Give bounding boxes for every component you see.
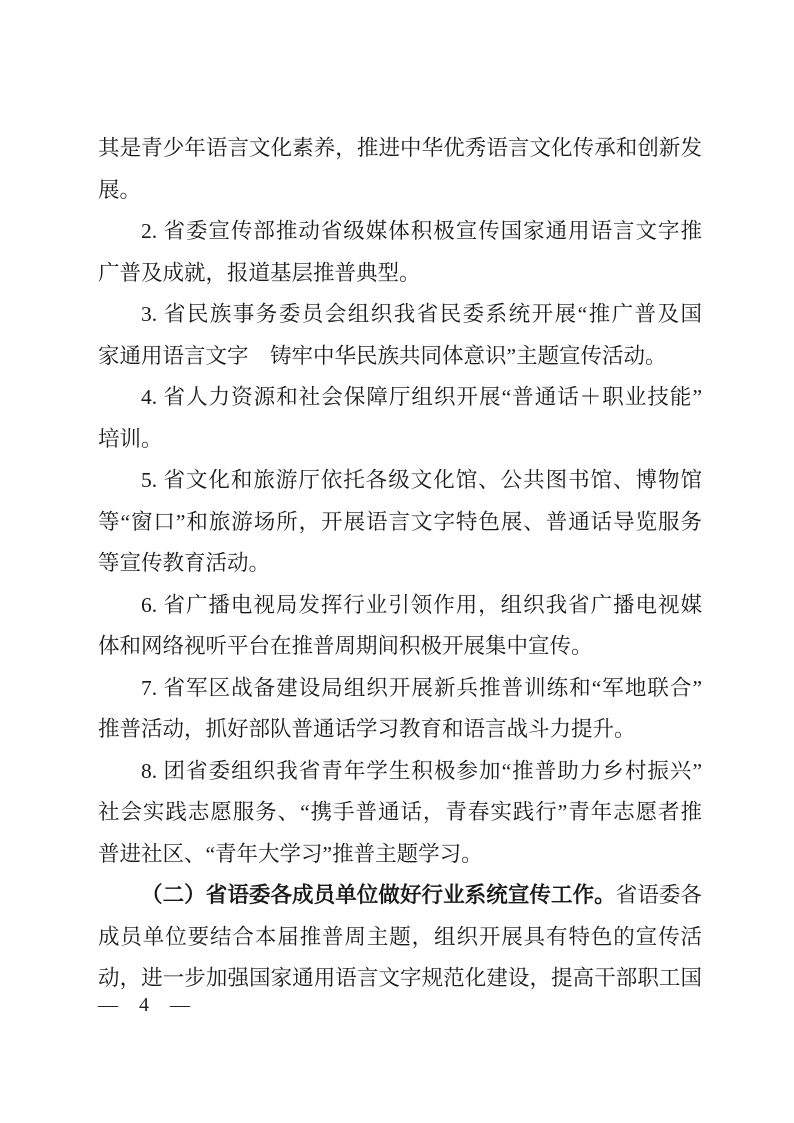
text-segment: 2. 省委宣传部推动省级媒体积极宣传国家通用语言文字推 — [141, 219, 702, 243]
page-number: — 4 — — [98, 992, 192, 1018]
text-line: 培训。 — [98, 419, 702, 461]
text-segment: 培训。 — [98, 427, 163, 451]
text-line: 2. 省委宣传部推动省级媒体积极宣传国家通用语言文字推 — [98, 211, 702, 253]
text-segment: 普进社区、“青年大学习”推普主题学习。 — [98, 842, 483, 866]
text-segment: 7. 省军区战备建设局组织开展新兵推普训练和“军地联合” — [141, 676, 702, 700]
text-line: 等“窗口”和旅游场所，开展语言文字特色展、普通话导览服务 — [98, 502, 702, 544]
text-segment: 4. 省人力资源和社会保障厅组织开展“普通话＋职业技能” — [141, 385, 702, 409]
text-segment: 5. 省文化和旅游厅依托各级文化馆、公共图书馆、博物馆 — [141, 468, 702, 492]
text-line: 家通用语言文字 铸牢中华民族共同体意识”主题宣传活动。 — [98, 336, 702, 378]
text-line: 成员单位要结合本届推普周主题，组织开展具有特色的宣传活 — [98, 917, 702, 959]
text-line: 8. 团省委组织我省青年学生积极参加“推普助力乡村振兴” — [98, 751, 702, 793]
text-line: 社会实践志愿服务、“携手普通话，青春实践行”青年志愿者推 — [98, 792, 702, 834]
text-line: 展。 — [98, 170, 702, 212]
text-segment: 其是青少年语言文化素养，推进中华优秀语言文化传承和创新发 — [98, 136, 702, 160]
text-line: 6. 省广播电视局发挥行业引领作用，组织我省广播电视媒 — [98, 585, 702, 627]
text-line: 推普活动，抓好部队普通话学习教育和语言战斗力提升。 — [98, 709, 702, 751]
text-segment: 动，进一步加强国家通用语言文字规范化建设，提高干部职工国 — [98, 966, 702, 990]
text-line: 等宣传教育活动。 — [98, 543, 702, 585]
text-line: 普进社区、“青年大学习”推普主题学习。 — [98, 834, 702, 876]
document-page: 其是青少年语言文化素养，推进中华优秀语言文化传承和创新发展。2. 省委宣传部推动… — [0, 0, 794, 1123]
text-segment: 8. 团省委组织我省青年学生积极参加“推普助力乡村振兴” — [141, 759, 702, 783]
text-segment: 成员单位要结合本届推普周主题，组织开展具有特色的宣传活 — [98, 925, 702, 949]
text-segment: 等宣传教育活动。 — [98, 551, 270, 575]
text-line: 7. 省军区战备建设局组织开展新兵推普训练和“军地联合” — [98, 668, 702, 710]
text-line: 广普及成就，报道基层推普典型。 — [98, 253, 702, 295]
text-line: （二）省语委各成员单位做好行业系统宣传工作。省语委各 — [98, 875, 702, 917]
text-line: 其是青少年语言文化素养，推进中华优秀语言文化传承和创新发 — [98, 128, 702, 170]
text-line: 4. 省人力资源和社会保障厅组织开展“普通话＋职业技能” — [98, 377, 702, 419]
text-segment: 3. 省民族事务委员会组织我省民委系统开展“推广普及国 — [141, 302, 702, 326]
text-segment: 社会实践志愿服务、“携手普通话，青春实践行”青年志愿者推 — [98, 800, 702, 824]
text-segment: 等“窗口”和旅游场所，开展语言文字特色展、普通话导览服务 — [98, 510, 702, 534]
text-segment: 推普活动，抓好部队普通话学习教育和语言战斗力提升。 — [98, 717, 636, 741]
text-line: 体和网络视听平台在推普周期间积极开展集中宣传。 — [98, 626, 702, 668]
text-segment: 家通用语言文字 铸牢中华民族共同体意识”主题宣传活动。 — [98, 344, 667, 368]
text-segment: 6. 省广播电视局发挥行业引领作用，组织我省广播电视媒 — [141, 593, 702, 617]
document-text: 其是青少年语言文化素养，推进中华优秀语言文化传承和创新发展。2. 省委宣传部推动… — [98, 128, 702, 1000]
text-segment: 体和网络视听平台在推普周期间积极开展集中宣传。 — [98, 634, 593, 658]
text-segment: 展。 — [98, 178, 141, 202]
text-line: 5. 省文化和旅游厅依托各级文化馆、公共图书馆、博物馆 — [98, 460, 702, 502]
section-heading: （二）省语委各成员单位做好行业系统宣传工作。 — [141, 883, 616, 907]
text-segment: 省语委各 — [616, 883, 702, 907]
text-line: 3. 省民族事务委员会组织我省民委系统开展“推广普及国 — [98, 294, 702, 336]
text-segment: 广普及成就，报道基层推普典型。 — [98, 261, 421, 285]
